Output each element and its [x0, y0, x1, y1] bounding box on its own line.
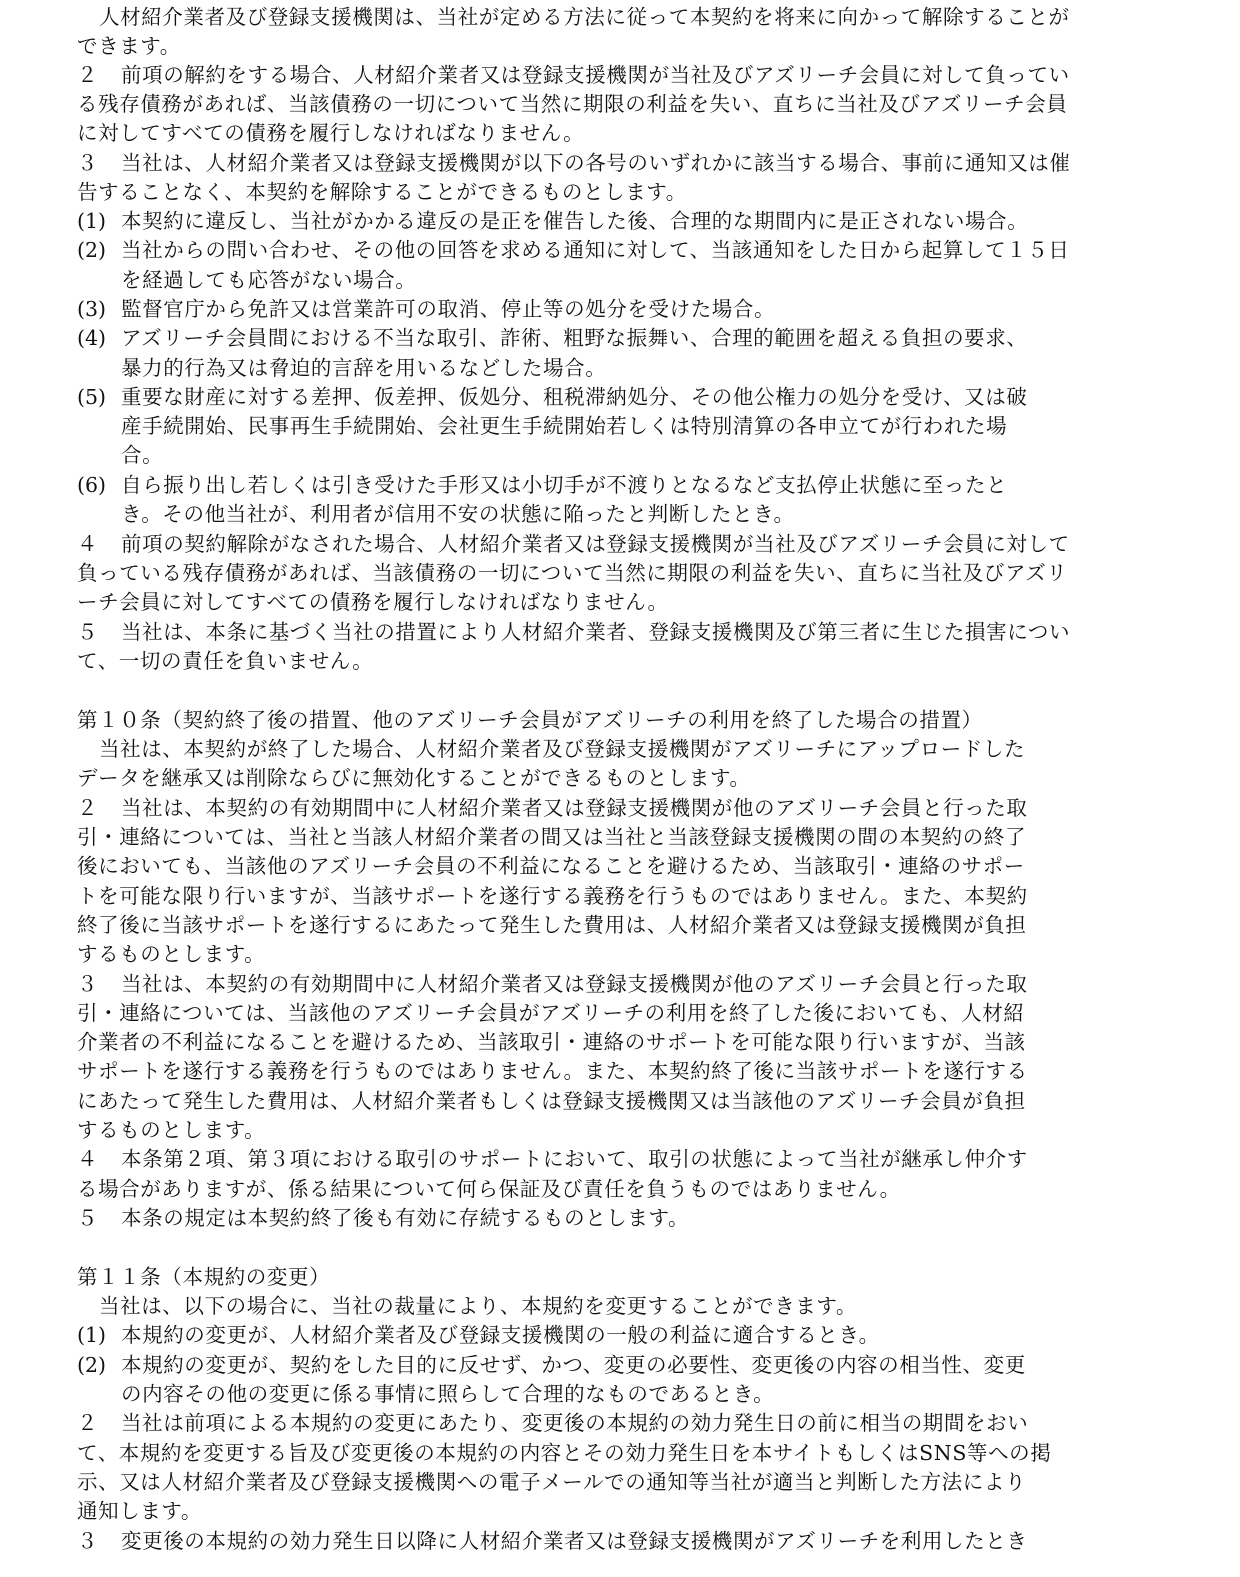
document-line: するものとします。 [77, 1116, 265, 1145]
document-line: 負っている残存債務があれば、当該債務の一切について当然に期限の利益を失い、直ちに… [77, 559, 1067, 588]
paragraph-number: ３ [77, 970, 121, 999]
paragraph-number: ２ [77, 1409, 121, 1438]
document-line: できます。 [77, 32, 181, 61]
line-text: トを可能な限り行いますが、当該サポートを遂行する義務を行うものではありません。ま… [77, 884, 1028, 908]
paragraph-number: ２ [77, 61, 121, 90]
document-line: サポートを遂行する義務を行うものではありません。また、本契約終了後に当該サポート… [77, 1057, 1028, 1086]
line-text: 本規約の変更が、契約をした目的に反せず、かつ、変更の必要性、変更後の内容の相当性… [121, 1353, 1026, 1377]
line-text: 本条第２項、第３項における取引のサポートにおいて、取引の状態によって当社が継承し… [121, 1147, 1028, 1171]
line-text: 当社は、人材紹介業者又は登録支援機関が以下の各号のいずれかに該当する場合、事前に… [121, 151, 1071, 175]
document-line: ３当社は、本契約の有効期間中に人材紹介業者又は登録支援機関が他のアズリーチ会員と… [77, 970, 1027, 999]
line-text: 示、又は人材紹介業者及び登録支援機関への電子メールでの通知等当社が適当と判断した… [77, 1470, 1026, 1494]
line-text: に対してすべての債務を履行しなければなりません。 [77, 121, 584, 145]
line-text: 終了後に当該サポートを遂行するにあたって発生した費用は、人材紹介業者又は登録支援… [77, 913, 1027, 937]
document-line: ４本条第２項、第３項における取引のサポートにおいて、取引の状態によって当社が継承… [77, 1145, 1028, 1174]
document-line: 後においても、当該他のアズリーチ会員の不利益になることを避けるため、当該取引・連… [77, 852, 1025, 881]
document-line: ３当社は、人材紹介業者又は登録支援機関が以下の各号のいずれかに該当する場合、事前… [77, 149, 1071, 178]
item-number: (2) [77, 236, 121, 265]
paragraph-number: ３ [77, 149, 121, 178]
line-text: ーチ会員に対してすべての債務を履行しなければなりません。 [77, 590, 669, 614]
line-text: 暴力的行為又は脅迫的言辞を用いるなどした場合。 [121, 356, 606, 380]
document-line: 人材紹介業者及び登録支援機関は、当社が定める方法に従って本契約を将来に向かって解… [99, 3, 1070, 32]
document-line: (1)本契約に違反し、当社がかかる違反の是正を催告した後、合理的な期間内に是正さ… [77, 207, 1028, 236]
document-line: (5)重要な財産に対する差押、仮差押、仮処分、租税滞納処分、その他公権力の処分を… [77, 383, 1027, 412]
document-line: 当社は、本契約が終了した場合、人材紹介業者及び登録支援機関がアズリーチにアップロ… [99, 735, 1025, 764]
document-line: ５当社は、本条に基づく当社の措置により人材紹介業者、登録支援機関及び第三者に生じ… [77, 618, 1070, 647]
line-text: 自ら振り出し若しくは引き受けた手形又は小切手が不渡りとなるなど支払停止状態に至っ… [121, 473, 1007, 497]
line-text: 当社は、本契約の有効期間中に人材紹介業者又は登録支援機関が他のアズリーチ会員と行… [121, 796, 1027, 820]
line-text: 当社は、以下の場合に、当社の裁量により、本規約を変更することができます。 [99, 1294, 857, 1318]
document-line: 引・連絡については、当社と当該人材紹介業者の間又は当社と当該登録支援機関の間の本… [77, 823, 1026, 852]
paragraph-number: ３ [77, 1527, 121, 1556]
document-line: ーチ会員に対してすべての債務を履行しなければなりません。 [77, 588, 669, 617]
line-text: の内容その他の変更に係る事情に照らして合理的なものであるとき。 [121, 1382, 774, 1406]
line-text: 当社からの問い合わせ、その他の回答を求める通知に対して、当該通知をした日から起算… [121, 238, 1069, 262]
line-text: て、一切の責任を負いません。 [77, 649, 373, 673]
document-line: 終了後に当該サポートを遂行するにあたって発生した費用は、人材紹介業者又は登録支援… [77, 911, 1027, 940]
document-line: き。その他当社が、利用者が信用不安の状態に陥ったと判断したとき。 [121, 500, 795, 529]
line-text: するものとします。 [77, 1118, 265, 1142]
line-text: 人材紹介業者及び登録支援機関は、当社が定める方法に従って本契約を将来に向かって解… [99, 5, 1070, 29]
article-heading: 第１１条（本規約の変更） [77, 1263, 330, 1292]
document-line: ５本条の規定は本契約終了後も有効に存続するものとします。 [77, 1204, 689, 1233]
line-text: 第１０条（契約終了後の措置、他のアズリーチ会員がアズリーチの利用を終了した場合の… [77, 708, 983, 732]
line-text: 告することなく、本契約を解除することができるものとします。 [77, 180, 687, 204]
line-text: 本契約に違反し、当社がかかる違反の是正を催告した後、合理的な期間内に是正されない… [121, 209, 1028, 233]
document-line: データを継承又は削除ならびに無効化することができるものとします。 [77, 764, 751, 793]
line-text: 本条の規定は本契約終了後も有効に存続するものとします。 [121, 1206, 689, 1230]
line-text: 負っている残存債務があれば、当該債務の一切について当然に期限の利益を失い、直ちに… [77, 561, 1067, 585]
item-number: (1) [77, 1321, 121, 1350]
document-line: ４前項の契約解除がなされた場合、人材紹介業者又は登録支援機関が当社及びアズリーチ… [77, 530, 1070, 559]
line-text: できます。 [77, 34, 181, 58]
item-number: (2) [77, 1351, 121, 1380]
document-line: 暴力的行為又は脅迫的言辞を用いるなどした場合。 [121, 354, 606, 383]
line-text: 当社は、本条に基づく当社の措置により人材紹介業者、登録支援機関及び第三者に生じた… [121, 620, 1070, 644]
line-text: 前項の契約解除がなされた場合、人材紹介業者又は登録支援機関が当社及びアズリーチ会… [121, 532, 1070, 556]
line-text: 監督官庁から免許又は営業許可の取消、停止等の処分を受けた場合。 [121, 297, 775, 321]
document-line: ２当社は、本契約の有効期間中に人材紹介業者又は登録支援機関が他のアズリーチ会員と… [77, 794, 1027, 823]
article-heading: 第１０条（契約終了後の措置、他のアズリーチ会員がアズリーチの利用を終了した場合の… [77, 706, 983, 735]
item-number: (6) [77, 471, 121, 500]
document-line: ２当社は前項による本規約の変更にあたり、変更後の本規約の効力発生日の前に相当の期… [77, 1409, 1028, 1438]
line-text: 変更後の本規約の効力発生日以降に人材紹介業者又は登録支援機関がアズリーチを利用し… [121, 1529, 1027, 1553]
line-text: て、本規約を変更する旨及び変更後の本規約の内容とその効力発生日を本サイトもしくは… [77, 1441, 1051, 1465]
line-text: 産手続開始、民事再生手続開始、会社更生手続開始若しくは特別清算の各申立てが行われ… [121, 414, 1007, 438]
document-line: (2)本規約の変更が、契約をした目的に反せず、かつ、変更の必要性、変更後の内容の… [77, 1351, 1026, 1380]
document-line: を経過しても応答がない場合。 [121, 266, 416, 295]
document-line: (2)当社からの問い合わせ、その他の回答を求める通知に対して、当該通知をした日か… [77, 236, 1069, 265]
line-text: 後においても、当該他のアズリーチ会員の不利益になることを避けるため、当該取引・連… [77, 854, 1025, 878]
document-line: る場合がありますが、係る結果について何ら保証及び責任を負うものではありません。 [77, 1175, 901, 1204]
line-text: にあたって発生した費用は、人材紹介業者もしくは登録支援機関又は当該他のアズリーチ… [77, 1089, 1026, 1113]
line-text: データを継承又は削除ならびに無効化することができるものとします。 [77, 766, 751, 790]
document-line: 告することなく、本契約を解除することができるものとします。 [77, 178, 687, 207]
document-line: 産手続開始、民事再生手続開始、会社更生手続開始若しくは特別清算の各申立てが行われ… [121, 412, 1007, 441]
line-text: る残存債務があれば、当該債務の一切について当然に期限の利益を失い、直ちに当社及び… [77, 92, 1067, 116]
item-number: (4) [77, 324, 121, 353]
document-line: にあたって発生した費用は、人材紹介業者もしくは登録支援機関又は当該他のアズリーチ… [77, 1087, 1026, 1116]
line-text: 当社は、本契約の有効期間中に人材紹介業者又は登録支援機関が他のアズリーチ会員と行… [121, 972, 1027, 996]
item-number: (5) [77, 383, 121, 412]
document-line: の内容その他の変更に係る事情に照らして合理的なものであるとき。 [121, 1380, 774, 1409]
line-text: 重要な財産に対する差押、仮差押、仮処分、租税滞納処分、その他公権力の処分を受け、… [121, 385, 1027, 409]
line-text: 引・連絡については、当社と当該人材紹介業者の間又は当社と当該登録支援機関の間の本… [77, 825, 1026, 849]
line-text: き。その他当社が、利用者が信用不安の状態に陥ったと判断したとき。 [121, 502, 795, 526]
line-text: 介業者の不利益になることを避けるため、当該取引・連絡のサポートを可能な限り行いま… [77, 1030, 1026, 1054]
document-line: る残存債務があれば、当該債務の一切について当然に期限の利益を失い、直ちに当社及び… [77, 90, 1067, 119]
document-line: (4)アズリーチ会員間における不当な取引、詐術、粗野な振舞い、合理的範囲を超える… [77, 324, 1027, 353]
document-line: 示、又は人材紹介業者及び登録支援機関への電子メールでの通知等当社が適当と判断した… [77, 1468, 1026, 1497]
line-text: 合。 [121, 443, 163, 467]
document-line: するものとします。 [77, 940, 265, 969]
document-line: て、一切の責任を負いません。 [77, 647, 373, 676]
line-text: サポートを遂行する義務を行うものではありません。また、本契約終了後に当該サポート… [77, 1059, 1028, 1083]
item-number: (3) [77, 295, 121, 324]
paragraph-number: ４ [77, 530, 121, 559]
document-line: 合。 [121, 441, 163, 470]
document-line: ３変更後の本規約の効力発生日以降に人材紹介業者又は登録支援機関がアズリーチを利用… [77, 1527, 1027, 1556]
line-text: る場合がありますが、係る結果について何ら保証及び責任を負うものではありません。 [77, 1177, 901, 1201]
line-text: 本規約の変更が、人材紹介業者及び登録支援機関の一般の利益に適合するとき。 [121, 1323, 880, 1347]
document-line: て、本規約を変更する旨及び変更後の本規約の内容とその効力発生日を本サイトもしくは… [77, 1439, 1051, 1468]
item-number: (1) [77, 207, 121, 236]
document-line: 引・連絡については、当該他のアズリーチ会員がアズリーチの利用を終了した後において… [77, 999, 1024, 1028]
line-text: 前項の解約をする場合、人材紹介業者又は登録支援機関が当社及びアズリーチ会員に対し… [121, 63, 1070, 87]
document-line: (1)本規約の変更が、人材紹介業者及び登録支援機関の一般の利益に適合するとき。 [77, 1321, 880, 1350]
document-line: 介業者の不利益になることを避けるため、当該取引・連絡のサポートを可能な限り行いま… [77, 1028, 1026, 1057]
paragraph-number: ２ [77, 794, 121, 823]
document-line: トを可能な限り行いますが、当該サポートを遂行する義務を行うものではありません。ま… [77, 882, 1028, 911]
line-text: 当社は前項による本規約の変更にあたり、変更後の本規約の効力発生日の前に相当の期間… [121, 1411, 1028, 1435]
document-line: ２前項の解約をする場合、人材紹介業者又は登録支援機関が当社及びアズリーチ会員に対… [77, 61, 1070, 90]
terms-document: 人材紹介業者及び登録支援機関は、当社が定める方法に従って本契約を将来に向かって解… [0, 0, 1240, 1577]
paragraph-number: ５ [77, 618, 121, 647]
document-line: 当社は、以下の場合に、当社の裁量により、本規約を変更することができます。 [99, 1292, 857, 1321]
paragraph-number: ５ [77, 1204, 121, 1233]
paragraph-number: ４ [77, 1145, 121, 1174]
line-text: するものとします。 [77, 942, 265, 966]
line-text: 通知します。 [77, 1499, 202, 1523]
document-line: に対してすべての債務を履行しなければなりません。 [77, 119, 584, 148]
line-text: 第１１条（本規約の変更） [77, 1265, 330, 1289]
document-line: (3)監督官庁から免許又は営業許可の取消、停止等の処分を受けた場合。 [77, 295, 775, 324]
line-text: 当社は、本契約が終了した場合、人材紹介業者及び登録支援機関がアズリーチにアップロ… [99, 737, 1025, 761]
line-text: を経過しても応答がない場合。 [121, 268, 416, 292]
document-line: 通知します。 [77, 1497, 202, 1526]
line-text: アズリーチ会員間における不当な取引、詐術、粗野な振舞い、合理的範囲を超える負担の… [121, 326, 1027, 350]
document-line: (6)自ら振り出し若しくは引き受けた手形又は小切手が不渡りとなるなど支払停止状態… [77, 471, 1007, 500]
line-text: 引・連絡については、当該他のアズリーチ会員がアズリーチの利用を終了した後において… [77, 1001, 1024, 1025]
